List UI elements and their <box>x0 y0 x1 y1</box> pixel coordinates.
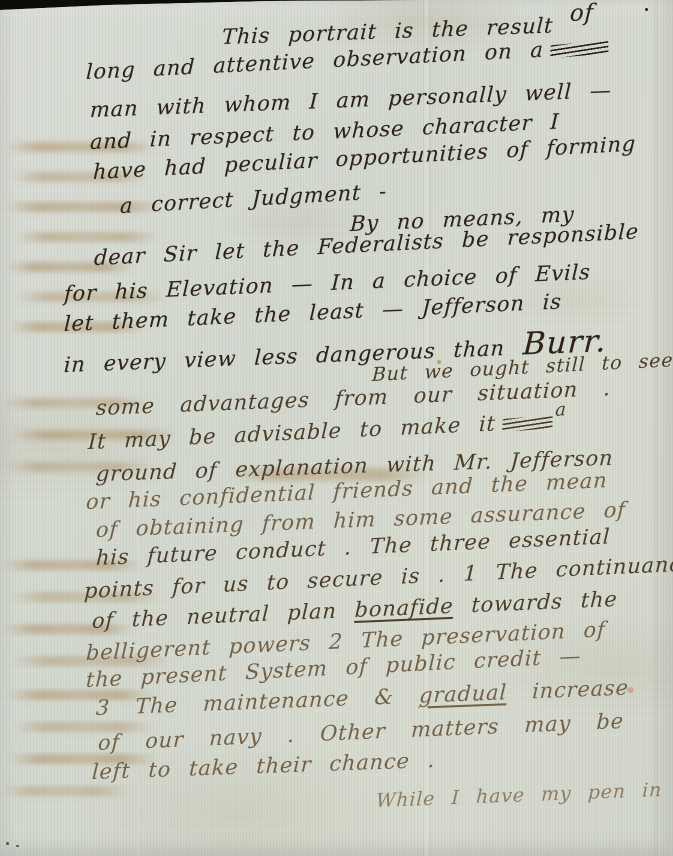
manuscript-line: of our navy . Other matters may be <box>98 711 625 754</box>
raised-word: of <box>569 0 594 27</box>
manuscript-text: increase <box>506 676 629 705</box>
underlined-word: bonafide <box>354 594 454 622</box>
scribbled-out-word <box>551 40 609 58</box>
paper-edge-crease <box>652 0 660 856</box>
ink-speck <box>6 842 9 845</box>
manuscript-text: While I have my pen in <box>375 779 662 812</box>
ink-speck <box>645 8 648 11</box>
ink-speck <box>16 845 19 847</box>
manuscript-text: towards the <box>453 587 618 618</box>
letter-paper-sheet: This portrait is the resultof long and a… <box>0 0 673 856</box>
underlined-word: gradual <box>419 680 508 707</box>
manuscript-line: a correct Judgment - <box>120 181 388 217</box>
inserted-word: a <box>555 399 567 421</box>
bleedthrough-ghost-text <box>2 786 128 796</box>
bleedthrough-ghost-text <box>14 232 160 242</box>
manuscript-text: of the neutral plan <box>91 598 355 633</box>
manuscript-text: a correct Judgment - <box>120 179 388 218</box>
scribbled-out-word <box>503 415 553 432</box>
scanned-letter-page: This portrait is the resultof long and a… <box>0 0 673 856</box>
manuscript-line: While I have my pen in <box>376 781 663 811</box>
